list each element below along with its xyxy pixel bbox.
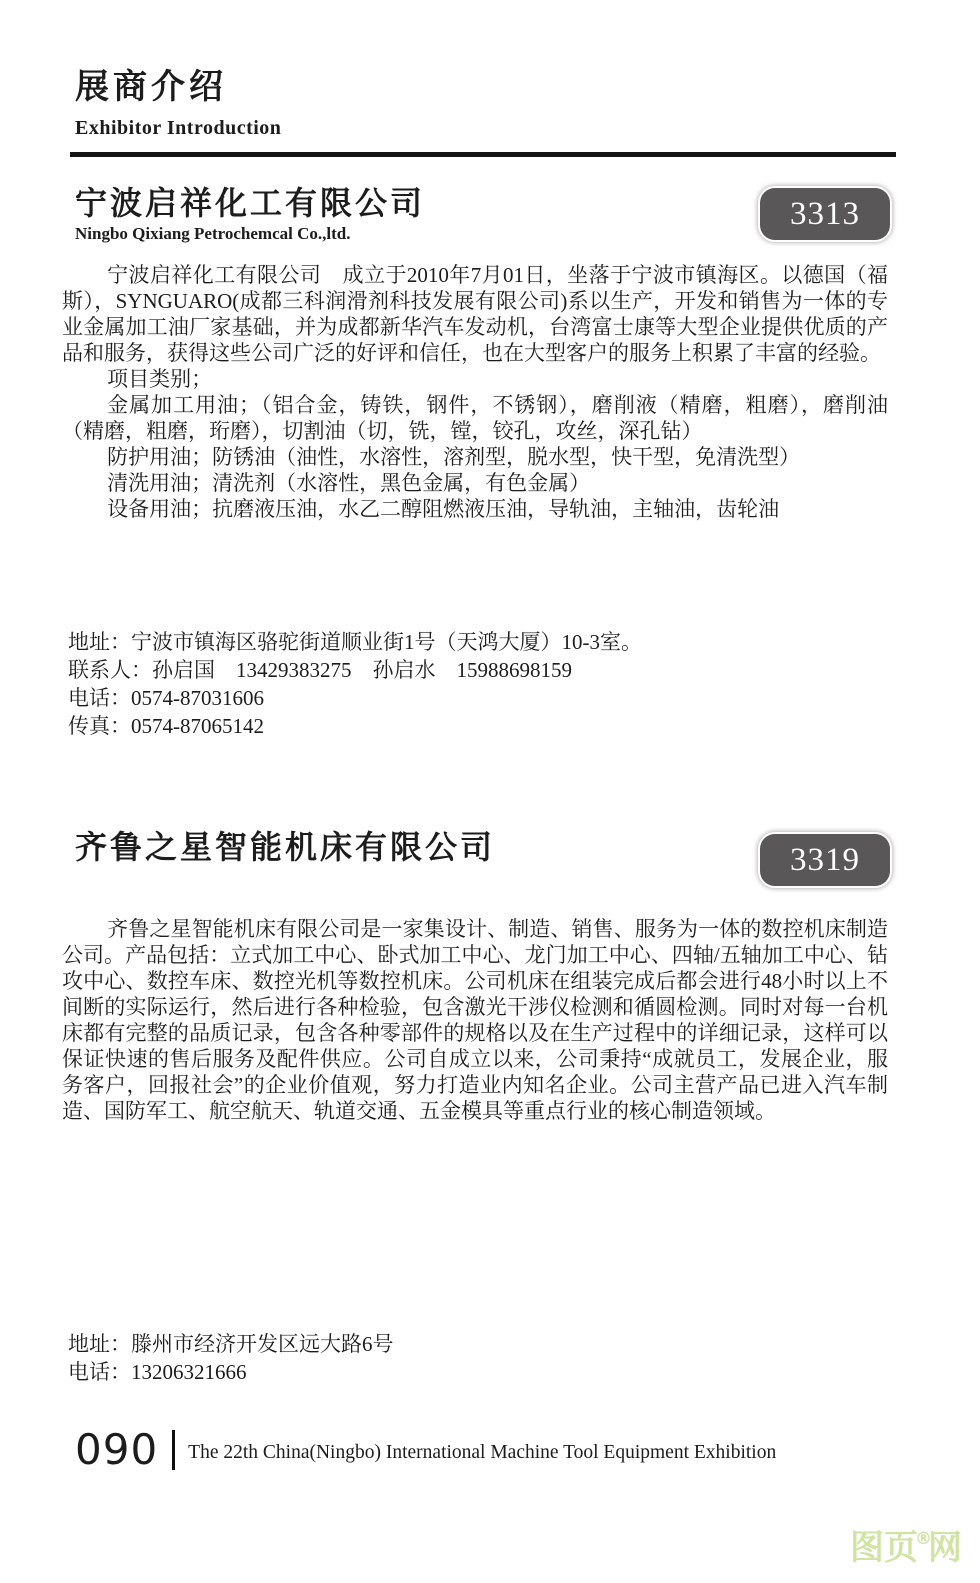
booth-number-badge: 3319 (760, 834, 890, 886)
contact-block: 地址：滕州市经济开发区远大路6号 电话：13206321666 (68, 1330, 896, 1386)
contact-address-line: 地址：宁波市镇海区骆驼街道顺业街1号（天鸿大厦）10-3室。 (68, 628, 896, 656)
contact-address-line: 地址：滕州市经济开发区远大路6号 (68, 1330, 896, 1358)
intro-paragraph: 齐鲁之星智能机床有限公司是一家集设计、制造、销售、服务为一体的数控机床制造公司。… (62, 916, 888, 1124)
page-number: 090 (75, 1428, 158, 1472)
category-line-equipment-oil: 设备用油；抗磨液压油，水乙二醇阻燃液压油，导轨油，主轴油，齿轮油 (62, 496, 888, 522)
company-name-zh: 齐鲁之星智能机床有限公司 (75, 826, 495, 868)
exhibitor-section-1: 宁波启祥化工有限公司 Ningbo Qixiang Petrochemcal C… (62, 182, 896, 740)
company-description: 齐鲁之星智能机床有限公司是一家集设计、制造、销售、服务为一体的数控机床制造公司。… (62, 916, 896, 1124)
page-subtitle: Exhibitor Introduction (75, 116, 896, 140)
company-heading-row: 齐鲁之星智能机床有限公司 3319 (62, 826, 896, 886)
watermark-text-tail: 网 (928, 1528, 962, 1568)
contact-block: 地址：宁波市镇海区骆驼街道顺业街1号（天鸿大厦）10-3室。 联系人：孙启国 1… (68, 628, 896, 740)
category-line-cleaning-oil: 清洗用油；清洗剂（水溶性，黑色金属，有色金属） (62, 470, 888, 496)
company-description: 宁波启祥化工有限公司 成立于2010年7月01日，坐落于宁波市镇海区。以德国（福… (62, 262, 896, 522)
footer-divider-bar (172, 1430, 175, 1470)
company-name-zh: 宁波启祥化工有限公司 (75, 182, 425, 224)
company-names: 齐鲁之星智能机床有限公司 (75, 826, 495, 868)
contact-phone-line: 电话：0574-87031606 (68, 684, 896, 712)
exhibitor-section-2: 齐鲁之星智能机床有限公司 3319 齐鲁之星智能机床有限公司是一家集设计、制造、… (62, 826, 896, 1386)
header-divider-rule (70, 152, 896, 157)
contact-phone-line: 电话：13206321666 (68, 1358, 896, 1386)
category-line-metalworking-oil: 金属加工用油；（铝合金，铸铁，钢件，不锈钢），磨削液（精磨，粗磨），磨削油（精磨… (62, 392, 888, 444)
category-title-line: 项目类别； (62, 366, 888, 392)
registered-trademark-icon: ® (915, 1522, 932, 1556)
exhibition-name: The 22th China(Ningbo) International Mac… (188, 1436, 776, 1464)
category-line-protective-oil: 防护用油；防锈油（油性，水溶性，溶剂型，脱水型，快干型，免清洗型） (62, 444, 888, 470)
watermark-text-main: 图页 (850, 1528, 918, 1568)
page-footer: 090 The 22th China(Ningbo) International… (75, 1428, 896, 1472)
contact-person-line: 联系人：孙启国 13429383275 孙启水 15988698159 (68, 656, 896, 684)
page-content: 展商介绍 Exhibitor Introduction 宁波启祥化工有限公司 N… (62, 0, 896, 1472)
watermark-logo: 图页®网 (850, 1531, 962, 1571)
catalog-page: { "header": { "title_zh": "展商介绍", "title… (0, 0, 980, 1583)
page-header: 展商介绍 Exhibitor Introduction (62, 68, 896, 157)
page-title: 展商介绍 (75, 68, 896, 108)
company-heading-row: 宁波启祥化工有限公司 Ningbo Qixiang Petrochemcal C… (62, 182, 896, 244)
intro-paragraph: 宁波启祥化工有限公司 成立于2010年7月01日，坐落于宁波市镇海区。以德国（福… (62, 262, 888, 366)
booth-number-badge: 3313 (760, 188, 890, 240)
contact-fax-line: 传真：0574-87065142 (68, 712, 896, 740)
company-names: 宁波启祥化工有限公司 Ningbo Qixiang Petrochemcal C… (75, 182, 425, 244)
company-name-en: Ningbo Qixiang Petrochemcal Co.,ltd. (75, 224, 425, 244)
